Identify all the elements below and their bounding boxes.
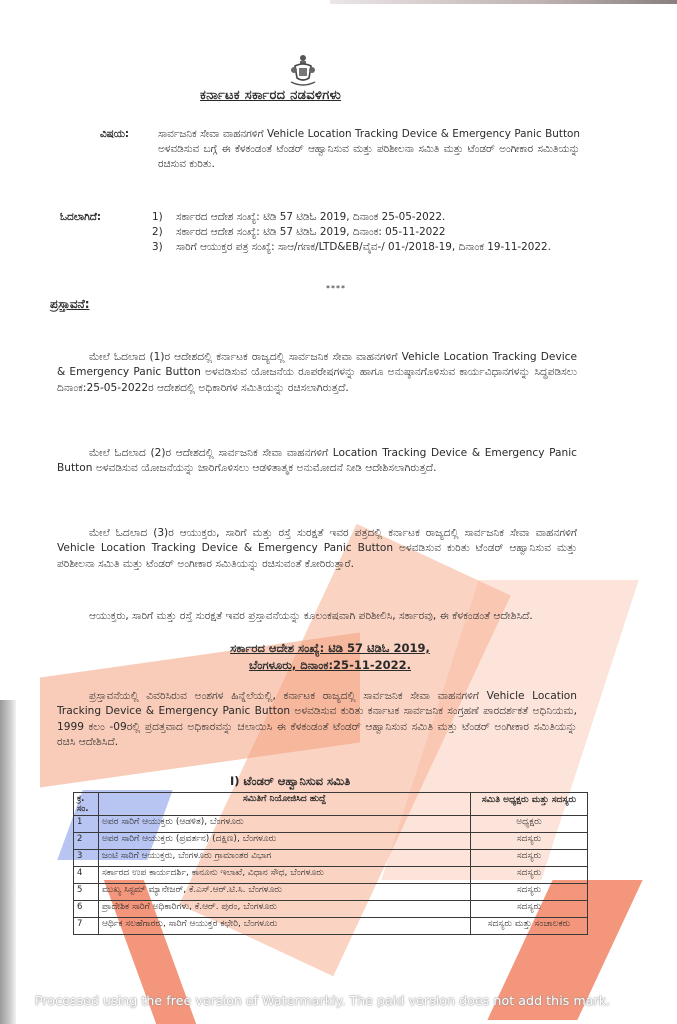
cell-sl: 2	[74, 833, 99, 850]
preamble-paragraph: ಆಯುಕ್ತರು, ಸಾರಿಗೆ ಮತ್ತು ರಸ್ತೆ ಸುರಕ್ಷತೆ ಇವ…	[57, 609, 577, 625]
document-page: ಕರ್ನಾಟಕ ಸರ್ಕಾರದ ನಡವಳಿಗಳು ವಿಷಯ: ಸಾರ್ವಜನಿಕ…	[0, 0, 677, 1024]
cell-role: ಸದಸ್ಯರು ಮತ್ತು ಸಂಚಾಲಕರು	[471, 918, 588, 935]
cell-role: ಸದಸ್ಯರು	[471, 901, 588, 918]
table-row: 4ಸರ್ಕಾರದ ಉಪ ಕಾರ್ಯದರ್ಶಿ, ಕಾನೂನು ಇಲಾಖೆ, ವಿ…	[74, 867, 588, 884]
cell-role: ಸದಸ್ಯರು	[471, 867, 588, 884]
table-row: 7ಆರ್ಥಿಕ ಸಲಹೆಗಾರರು, ಸಾರಿಗೆ ಆಯುಕ್ತರ ಕಛೇರಿ,…	[74, 918, 588, 935]
cell-sl: 4	[74, 867, 99, 884]
table-row: 1ಅಪರ ಸಾರಿಗೆ ಆಯುಕ್ತರು (ಆಡಳಿತ), ಬೆಂಗಳೂರುಅಧ…	[74, 816, 588, 833]
document-title: ಕರ್ನಾಟಕ ಸರ್ಕಾರದ ನಡವಳಿಗಳು	[200, 88, 341, 103]
cell-sl: 5	[74, 884, 99, 901]
state-emblem-icon	[285, 52, 321, 88]
references-list: 1) ಸರ್ಕಾರದ ಆದೇಶ ಸಂಖ್ಯೆ: ಟಿಡಿ 57 ಟಿಡಿಓ 20…	[152, 210, 580, 255]
cell-role: ಸದಸ್ಯರು	[471, 850, 588, 867]
reference-item: 3) ಸಾರಿಗೆ ಆಯುಕ್ತರ ಪತ್ರ ಸಂಖ್ಯೆ: ಸಾಆ/ಗಣಕ/L…	[152, 240, 580, 255]
order-paragraph: ಪ್ರಸ್ತಾವನೆಯಲ್ಲಿ ವಿವರಿಸಿರುವ ಅಂಶಗಳ ಹಿನ್ನೆಲ…	[57, 689, 577, 751]
column-header-role: ಸಮಿತಿ ಅಧ್ಯಕ್ಷರು ಮತ್ತು ಸದಸ್ಯರು	[471, 793, 588, 816]
section-separator: ****	[326, 284, 346, 293]
cell-sl: 3	[74, 850, 99, 867]
cell-sl: 6	[74, 901, 99, 918]
reference-item: 1) ಸರ್ಕಾರದ ಆದೇಶ ಸಂಖ್ಯೆ: ಟಿಡಿ 57 ಟಿಡಿಓ 20…	[152, 210, 580, 225]
preamble-paragraph: ಮೇಲೆ ಓದಲಾದ (1)ರ ಆದೇಶದಲ್ಲಿ ಕರ್ನಾಟಕ ರಾಜ್ಯದ…	[57, 350, 577, 397]
subject-section: ವಿಷಯ: ಸಾರ್ವಜನಿಕ ಸೇವಾ ವಾಹನಗಳಿಗೆ Vehicle L…	[100, 127, 580, 172]
committee-table-title: I) ಟೆಂಡರ್ ಆಹ್ವಾನಿಸುವ ಸಮಿತಿ	[230, 774, 350, 789]
preamble-paragraph: ಮೇಲೆ ಓದಲಾದ (2)ರ ಆದೇಶದಲ್ಲಿ ಸಾರ್ವಜನಿಕ ಸೇವಾ…	[57, 446, 577, 477]
cell-role: ಅಧ್ಯಕ್ಷರು	[471, 816, 588, 833]
committee-table: ಕ್ರ. ಸಂ. ಸಮಿತಿಗೆ ನಿಯೋಜಿಸಿದ ಹುದ್ದೆ ಸಮಿತಿ …	[73, 792, 588, 935]
cell-designation: ಅಪರ ಸಾರಿಗೆ ಆಯುಕ್ತರು (ಆಡಳಿತ), ಬೆಂಗಳೂರು	[99, 816, 471, 833]
order-place-date: ಬೆಂಗಳೂರು, ದಿನಾಂಕ:25-11-2022.	[170, 657, 490, 674]
reference-item: 2) ಸರ್ಕಾರದ ಆದೇಶ ಸಂಖ್ಯೆ: ಟಿಡಿ 57 ಟಿಡಿಓ 20…	[152, 225, 580, 240]
table-row: 3ಜಂಟಿ ಸಾರಿಗೆ ಆಯುಕ್ತರು, ಬೆಂಗಳೂರು ಗ್ರಾಮಾಂತ…	[74, 850, 588, 867]
table-row: 2ಅಪರ ಸಾರಿಗೆ ಆಯುಕ್ತರು (ಪ್ರವರ್ತನ) (ದಕ್ಷಿಣ)…	[74, 833, 588, 850]
subject-text: ಸಾರ್ವಜನಿಕ ಸೇವಾ ವಾಹನಗಳಿಗೆ Vehicle Locatio…	[158, 127, 580, 172]
table-row: 6ಪ್ರಾದೇಶಿಕ ಸಾರಿಗೆ ಅಧಿಕಾರಿಗಳು, ಕೆ.ಆರ್. ಪು…	[74, 901, 588, 918]
references-label: ಓದಲಾಗಿದೆ:	[60, 210, 152, 255]
column-header-sl: ಕ್ರ. ಸಂ.	[74, 793, 99, 816]
cell-designation: ಅಪರ ಸಾರಿಗೆ ಆಯುಕ್ತರು (ಪ್ರವರ್ತನ) (ದಕ್ಷಿಣ),…	[99, 833, 471, 850]
cell-designation: ಪ್ರಾದೇಶಿಕ ಸಾರಿಗೆ ಅಧಿಕಾರಿಗಳು, ಕೆ.ಆರ್. ಪುರ…	[99, 901, 471, 918]
preamble-heading: ಪ್ರಸ್ತಾವನೆ:	[50, 297, 90, 312]
watermark-notice: Processed using the free version of Wate…	[35, 993, 655, 1008]
cell-sl: 1	[74, 816, 99, 833]
column-header-designation: ಸಮಿತಿಗೆ ನಿಯೋಜಿಸಿದ ಹುದ್ದೆ	[99, 793, 471, 816]
cell-designation: ಜಂಟಿ ಸಾರಿಗೆ ಆಯುಕ್ತರು, ಬೆಂಗಳೂರು ಗ್ರಾಮಾಂತರ…	[99, 850, 471, 867]
cell-designation: ಆರ್ಥಿಕ ಸಲಹೆಗಾರರು, ಸಾರಿಗೆ ಆಯುಕ್ತರ ಕಛೇರಿ, …	[99, 918, 471, 935]
cell-sl: 7	[74, 918, 99, 935]
order-number: ಸರ್ಕಾರದ ಆದೇಶ ಸಂಖ್ಯೆ: ಟಿಡಿ 57 ಟಿಡಿಓ 2019,	[170, 640, 490, 657]
references-section: ಓದಲಾಗಿದೆ: 1) ಸರ್ಕಾರದ ಆದೇಶ ಸಂಖ್ಯೆ: ಟಿಡಿ 5…	[60, 210, 580, 255]
cell-role: ಸದಸ್ಯರು	[471, 884, 588, 901]
cell-role: ಸದಸ್ಯರು	[471, 833, 588, 850]
cell-designation: ಸರ್ಕಾರದ ಉಪ ಕಾರ್ಯದರ್ಶಿ, ಕಾನೂನು ಇಲಾಖೆ, ವಿಧ…	[99, 867, 471, 884]
order-heading: ಸರ್ಕಾರದ ಆದೇಶ ಸಂಖ್ಯೆ: ಟಿಡಿ 57 ಟಿಡಿಓ 2019,…	[170, 640, 490, 674]
preamble-paragraph: ಮೇಲೆ ಓದಲಾದ (3)ರ ಆಯುಕ್ತರು, ಸಾರಿಗೆ ಮತ್ತು ರ…	[57, 526, 577, 573]
subject-label: ವಿಷಯ:	[100, 127, 158, 172]
table-row: 5ಮುಖ್ಯ ಸಿಸ್ಟಮ್ ಮ್ಯಾನೇಜರ್, ಕೆ.ಎಸ್.ಆರ್.ಟಿ.…	[74, 884, 588, 901]
table-header-row: ಕ್ರ. ಸಂ. ಸಮಿತಿಗೆ ನಿಯೋಜಿಸಿದ ಹುದ್ದೆ ಸಮಿತಿ …	[74, 793, 588, 816]
cell-designation: ಮುಖ್ಯ ಸಿಸ್ಟಮ್ ಮ್ಯಾನೇಜರ್, ಕೆ.ಎಸ್.ಆರ್.ಟಿ.ಸ…	[99, 884, 471, 901]
